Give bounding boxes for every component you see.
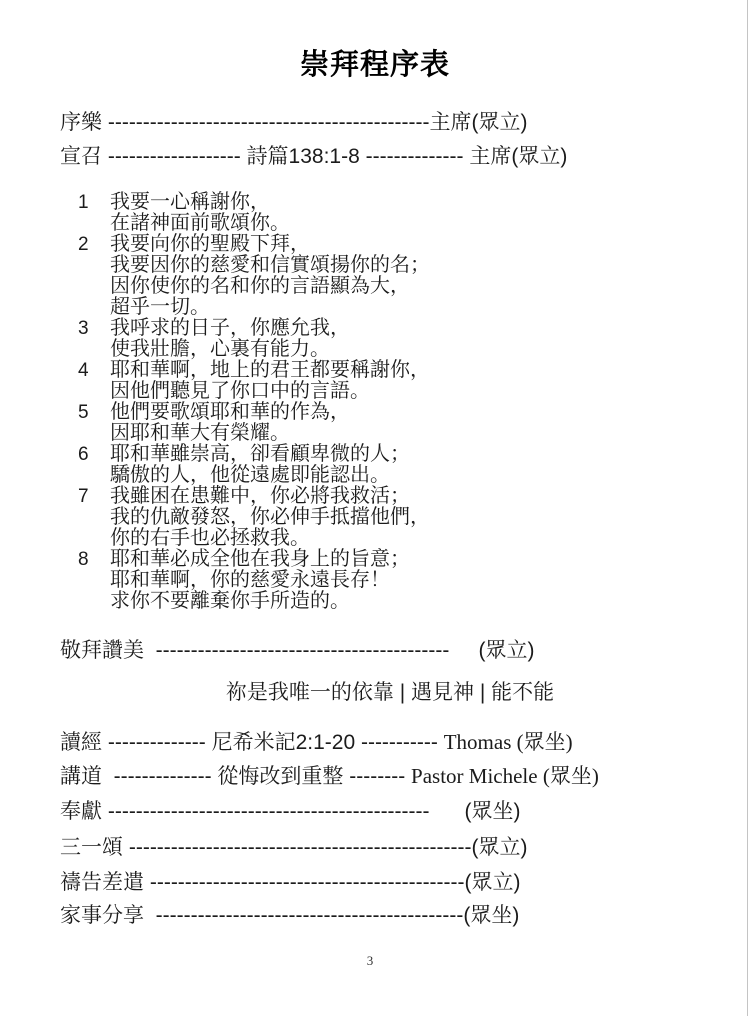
verse-number: 8 [78,549,110,570]
verse-lines: 他們要歌頌耶和華的作為， 因耶和華大有榮耀。 [110,402,638,444]
verse-number: 6 [78,444,110,465]
verse-line: 驕傲的人，他從遠處即能認出。 [110,465,638,486]
verse-lines: 我要向你的聖殿下拜， 我要因你的慈愛和信實頌揚你的名； 因你使你的名和你的言語顯… [110,234,638,318]
worship-program-page: 崇拜程序表 序樂 -------------------------------… [0,0,750,1024]
program-line-praise: 敬拜讚美 -----------------------------------… [60,634,535,664]
verse-line: 我要因你的慈愛和信實頌揚你的名； [110,255,638,276]
verse-line: 因耶和華大有榮耀。 [110,423,638,444]
verse-8: 8 耶和華必成全他在我身上的旨意； 耶和華啊，你的慈愛永遠長存！ 求你不要離棄你… [78,549,638,612]
verse-line: 他們要歌頌耶和華的作為， [110,402,638,423]
page-number: 3 [0,953,740,969]
reading-person: Thomas (眾坐) [444,730,573,754]
verse-number: 1 [78,192,110,213]
verse-line: 你的右手也必拯救我。 [110,528,638,549]
verse-line: 耶和華啊，地上的君王都要稱謝你， [110,360,638,381]
verse-5: 5 他們要歌頌耶和華的作為， 因耶和華大有榮耀。 [78,402,638,444]
program-line-prayer-sending: 禱告差遣 -----------------------------------… [60,866,521,896]
verse-lines: 耶和華必成全他在我身上的旨意； 耶和華啊，你的慈愛永遠長存！ 求你不要離棄你手所… [110,549,638,612]
verse-line: 我呼求的日子，你應允我， [110,318,638,339]
verse-lines: 我雖困在患難中，你必將我救活； 我的仇敵發怒，你必伸手抵擋他們， 你的右手也必拯… [110,486,638,549]
verse-line: 求你不要離棄你手所造的。 [110,591,638,612]
verse-line: 使我壯膽，心裏有能力。 [110,339,638,360]
scripture-verses: 1 我要一心稱謝你， 在諸神面前歌頌你。 2 我要向你的聖殿下拜， 我要因你的慈… [78,192,638,612]
verse-line: 因他們聽見了你口中的言語。 [110,381,638,402]
verse-line: 我的仇敵發怒，你必伸手抵擋他們， [110,507,638,528]
verse-number: 7 [78,486,110,507]
verse-line: 我雖困在患難中，你必將我救活； [110,486,638,507]
verse-line: 因你使你的名和你的言語顯為大， [110,276,638,297]
verse-1: 1 我要一心稱謝你， 在諸神面前歌頌你。 [78,192,638,234]
reading-prefix: 讀經 -------------- 尼希米記2:1-20 ----------- [60,731,444,754]
worship-song-titles: 祢是我唯一的依靠 | 遇見神 | 能不能 [90,676,690,706]
verse-lines: 我要一心稱謝你， 在諸神面前歌頌你。 [110,192,638,234]
verse-line: 我要向你的聖殿下拜， [110,234,638,255]
verse-3: 3 我呼求的日子，你應允我， 使我壯膽，心裏有能力。 [78,318,638,360]
verse-number: 5 [78,402,110,423]
program-line-doxology: 三一頌 ------------------------------------… [60,831,528,861]
program-line-sermon: 講道 -------------- 從悔改到重整 -------- Pastor… [60,760,599,790]
program-line-prelude: 序樂 -------------------------------------… [60,106,528,136]
verse-number: 4 [78,360,110,381]
verse-6: 6 耶和華雖崇高，卻看顧卑微的人； 驕傲的人，他從遠處即能認出。 [78,444,638,486]
verse-line: 耶和華啊，你的慈愛永遠長存！ [110,570,638,591]
sermon-prefix: 講道 -------------- 從悔改到重整 -------- [60,765,411,788]
verse-line: 在諸神面前歌頌你。 [110,213,638,234]
program-line-call-to-worship: 宣召 ------------------- 詩篇138:1-8 -------… [60,140,567,170]
verse-line: 耶和華雖崇高，卻看顧卑微的人； [110,444,638,465]
verse-number: 2 [78,234,110,255]
verse-7: 7 我雖困在患難中，你必將我救活； 我的仇敵發怒，你必伸手抵擋他們， 你的右手也… [78,486,638,549]
verse-line: 耶和華必成全他在我身上的旨意； [110,549,638,570]
verse-lines: 耶和華啊，地上的君王都要稱謝你， 因他們聽見了你口中的言語。 [110,360,638,402]
program-line-family-sharing: 家事分享 -----------------------------------… [60,899,519,929]
verse-line: 超乎一切。 [110,297,638,318]
program-line-reading: 讀經 -------------- 尼希米記2:1-20 -----------… [60,726,573,756]
sermon-person: Pastor Michele (眾坐) [411,764,599,788]
page-right-border [747,0,748,1016]
page-title: 崇拜程序表 [0,42,750,83]
verse-4: 4 耶和華啊，地上的君王都要稱謝你， 因他們聽見了你口中的言語。 [78,360,638,402]
verse-lines: 我呼求的日子，你應允我， 使我壯膽，心裏有能力。 [110,318,638,360]
verse-lines: 耶和華雖崇高，卻看顧卑微的人； 驕傲的人，他從遠處即能認出。 [110,444,638,486]
verse-number: 3 [78,318,110,339]
verse-2: 2 我要向你的聖殿下拜， 我要因你的慈愛和信實頌揚你的名； 因你使你的名和你的言… [78,234,638,318]
program-line-offering: 奉獻 -------------------------------------… [60,795,521,825]
verse-line: 我要一心稱謝你， [110,192,638,213]
